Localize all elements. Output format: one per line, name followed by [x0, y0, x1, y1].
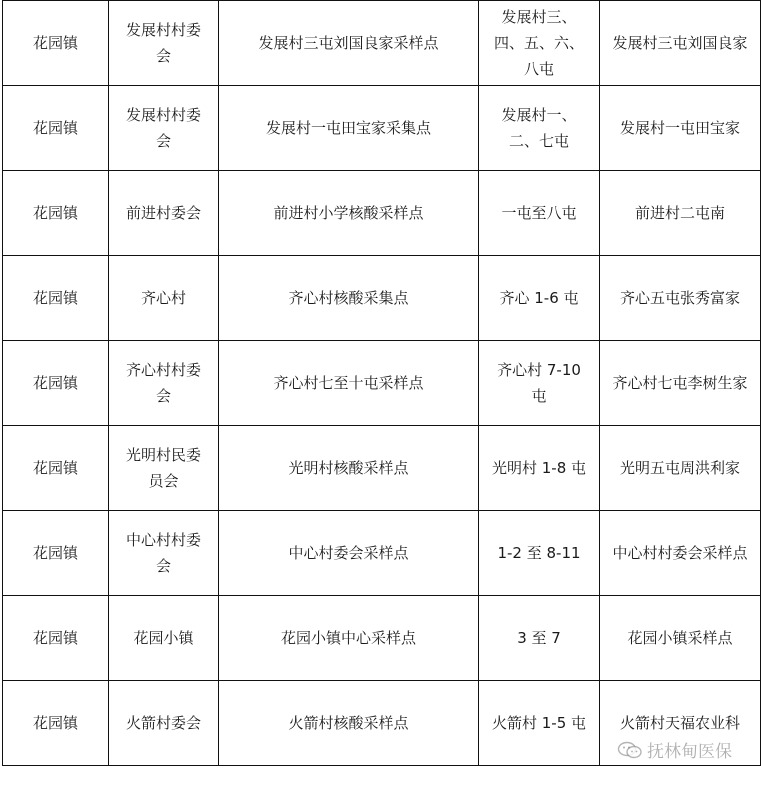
coverage-cell: 光明村 1-8 屯 — [479, 426, 600, 511]
site-cell: 齐心村七至十屯采样点 — [219, 341, 479, 426]
town-cell: 花园镇 — [3, 86, 109, 171]
committee-cell: 前进村委会 — [109, 171, 219, 256]
committee-cell: 火箭村委会 — [109, 681, 219, 766]
town-cell: 花园镇 — [3, 681, 109, 766]
location-cell: 中心村村委会采样点 — [600, 511, 761, 596]
town-cell: 花园镇 — [3, 426, 109, 511]
committee-cell: 齐心村 — [109, 256, 219, 341]
coverage-cell: 齐心村 7-10 屯 — [479, 341, 600, 426]
location-cell: 光明五屯周洪利家 — [600, 426, 761, 511]
table-row: 花园镇 发展村村委会 发展村一屯田宝家采集点 发展村一、二、七屯 发展村一屯田宝… — [3, 86, 761, 171]
committee-cell: 花园小镇 — [109, 596, 219, 681]
town-cell: 花园镇 — [3, 596, 109, 681]
committee-cell: 齐心村村委会 — [109, 341, 219, 426]
table-row: 花园镇 光明村民委员会 光明村核酸采样点 光明村 1-8 屯 光明五屯周洪利家 — [3, 426, 761, 511]
location-cell: 火箭村天福农业科 — [600, 681, 761, 766]
table-row: 花园镇 中心村村委会 中心村委会采样点 1-2 至 8-11 中心村村委会采样点 — [3, 511, 761, 596]
table-row: 花园镇 齐心村村委会 齐心村七至十屯采样点 齐心村 7-10 屯 齐心村七屯李树… — [3, 341, 761, 426]
site-cell: 发展村一屯田宝家采集点 — [219, 86, 479, 171]
sampling-sites-table: 花园镇 发展村村委会 发展村三屯刘国良家采样点 发展村三、四、五、六、八屯 发展… — [2, 0, 761, 766]
location-cell: 发展村三屯刘国良家 — [600, 1, 761, 86]
location-cell: 花园小镇采样点 — [600, 596, 761, 681]
location-cell: 前进村二屯南 — [600, 171, 761, 256]
site-cell: 火箭村核酸采样点 — [219, 681, 479, 766]
town-cell: 花园镇 — [3, 256, 109, 341]
site-cell: 发展村三屯刘国良家采样点 — [219, 1, 479, 86]
location-cell: 齐心村七屯李树生家 — [600, 341, 761, 426]
coverage-cell: 一屯至八屯 — [479, 171, 600, 256]
site-cell: 齐心村核酸采集点 — [219, 256, 479, 341]
town-cell: 花园镇 — [3, 171, 109, 256]
committee-cell: 中心村村委会 — [109, 511, 219, 596]
site-cell: 中心村委会采样点 — [219, 511, 479, 596]
location-cell: 齐心五屯张秀富家 — [600, 256, 761, 341]
table-row: 花园镇 发展村村委会 发展村三屯刘国良家采样点 发展村三、四、五、六、八屯 发展… — [3, 1, 761, 86]
table-row: 花园镇 前进村委会 前进村小学核酸采样点 一屯至八屯 前进村二屯南 — [3, 171, 761, 256]
committee-cell: 发展村村委会 — [109, 86, 219, 171]
table-row: 花园镇 齐心村 齐心村核酸采集点 齐心 1-6 屯 齐心五屯张秀富家 — [3, 256, 761, 341]
committee-cell: 发展村村委会 — [109, 1, 219, 86]
town-cell: 花园镇 — [3, 341, 109, 426]
sampling-sites-table-container: 花园镇 发展村村委会 发展村三屯刘国良家采样点 发展村三、四、五、六、八屯 发展… — [2, 0, 761, 766]
table-row: 花园镇 花园小镇 花园小镇中心采样点 3 至 7 花园小镇采样点 — [3, 596, 761, 681]
site-cell: 前进村小学核酸采样点 — [219, 171, 479, 256]
coverage-cell: 发展村一、二、七屯 — [479, 86, 600, 171]
table-row: 花园镇 火箭村委会 火箭村核酸采样点 火箭村 1-5 屯 火箭村天福农业科 — [3, 681, 761, 766]
town-cell: 花园镇 — [3, 1, 109, 86]
site-cell: 光明村核酸采样点 — [219, 426, 479, 511]
coverage-cell: 3 至 7 — [479, 596, 600, 681]
location-cell: 发展村一屯田宝家 — [600, 86, 761, 171]
coverage-cell: 火箭村 1-5 屯 — [479, 681, 600, 766]
coverage-cell: 发展村三、四、五、六、八屯 — [479, 1, 600, 86]
town-cell: 花园镇 — [3, 511, 109, 596]
coverage-cell: 齐心 1-6 屯 — [479, 256, 600, 341]
coverage-cell: 1-2 至 8-11 — [479, 511, 600, 596]
committee-cell: 光明村民委员会 — [109, 426, 219, 511]
site-cell: 花园小镇中心采样点 — [219, 596, 479, 681]
